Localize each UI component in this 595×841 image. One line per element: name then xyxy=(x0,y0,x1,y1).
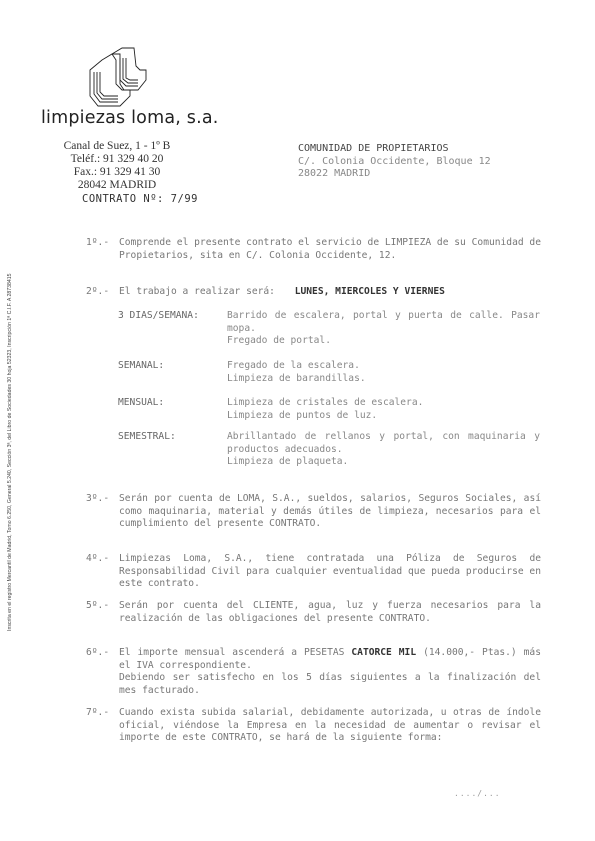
clause-1: 1º.- Comprende el presente contrato el s… xyxy=(86,237,541,262)
schedule-line: Fregado de la escalera. xyxy=(227,360,540,373)
company-address: Canal de Suez, 1 - 1º B Teléf.: 91 329 4… xyxy=(52,140,182,192)
schedule-line: Limpieza de puntos de luz. xyxy=(227,410,540,423)
schedule-label: SEMESTRAL: xyxy=(118,431,176,444)
schedule-label: SEMANAL: xyxy=(118,360,164,373)
contract-number: CONTRATO Nº: 7/99 xyxy=(82,193,198,205)
clause-number: 6º.- xyxy=(86,647,109,660)
clause-text: Limpiezas Loma, S.A., tiene contratada u… xyxy=(119,553,541,591)
schedule-line: Fregado de portal. xyxy=(227,335,540,348)
recipient-name: COMUNIDAD DE PROPIETARIOS xyxy=(298,143,491,156)
company-logo-icon xyxy=(86,44,150,108)
clause-number: 5º.- xyxy=(86,600,109,613)
clause-3: 3º.- Serán por cuenta de LOMA, S.A., sue… xyxy=(86,493,541,531)
schedule-mensual: MENSUAL: Limpieza de cristales de escale… xyxy=(118,397,540,422)
clause-5: 5º.- Serán por cuenta del CLIENTE, agua,… xyxy=(86,600,541,625)
clause-6: 6º.- El importe mensual ascenderá a PESE… xyxy=(86,647,541,697)
schedule-line: Limpieza de barandillas. xyxy=(227,373,540,386)
address-fax: Fax.: 91 329 41 30 xyxy=(52,166,182,179)
clause-text: El trabajo a realizar será: LUNES, MIERC… xyxy=(119,286,541,299)
clause-text: El importe mensual ascenderá a PESETAS C… xyxy=(119,647,541,697)
schedule-line: Barrido de escalera, portal y puerta de … xyxy=(227,310,540,335)
schedule-label: MENSUAL: xyxy=(118,397,164,410)
clause-number: 2º.- xyxy=(86,286,109,299)
clause-number: 4º.- xyxy=(86,553,109,566)
recipient-block: COMUNIDAD DE PROPIETARIOS C/. Colonia Oc… xyxy=(298,143,491,181)
schedule-line: Limpieza de cristales de escalera. xyxy=(227,397,540,410)
clause-number: 3º.- xyxy=(86,493,109,506)
payment-terms: Debiendo ser satisfecho en los 5 días si… xyxy=(119,672,541,697)
schedule-line: Abrillantado de rellanos y portal, con m… xyxy=(227,431,540,456)
clause-text-lead: El trabajo a realizar será: xyxy=(119,286,275,297)
recipient-street: C/. Colonia Occidente, Bloque 12 xyxy=(298,156,491,169)
schedule-line: Limpieza de plaqueta. xyxy=(227,456,540,469)
clause-number: 7º.- xyxy=(86,707,109,720)
address-city: 28042 MADRID xyxy=(52,179,182,192)
registry-note: Inscrita en el registro Mercantil de Mad… xyxy=(7,391,13,631)
schedule-3-dias: 3 DIAS/SEMANA: Barrido de escalera, port… xyxy=(118,310,540,348)
clause-2: 2º.- El trabajo a realizar será: LUNES, … xyxy=(86,286,541,299)
recipient-city: 28022 MADRID xyxy=(298,168,491,181)
clause-text: Serán por cuenta de LOMA, S.A., sueldos,… xyxy=(119,493,541,531)
clause-text: Serán por cuenta del CLIENTE, agua, luz … xyxy=(119,600,541,625)
clause-number: 1º.- xyxy=(86,237,109,250)
work-days: LUNES, MIERCOLES Y VIERNES xyxy=(295,286,445,297)
continuation-mark: ..../... xyxy=(454,789,501,798)
schedule-semestral: SEMESTRAL: Abrillantado de rellanos y po… xyxy=(118,431,540,469)
address-street: Canal de Suez, 1 - 1º B xyxy=(52,140,182,153)
clause-text: Cuando exista subida salarial, debidamen… xyxy=(119,707,541,745)
company-name: limpiezas loma, s.a. xyxy=(41,108,219,128)
clause-7: 7º.- Cuando exista subida salarial, debi… xyxy=(86,707,541,745)
schedule-label: 3 DIAS/SEMANA: xyxy=(118,310,199,323)
clause-4: 4º.- Limpiezas Loma, S.A., tiene contrat… xyxy=(86,553,541,591)
clause-text: Comprende el presente contrato el servic… xyxy=(119,237,541,262)
amount-words: CATORCE MIL xyxy=(351,647,416,658)
schedule-semanal: SEMANAL: Fregado de la escalera. Limpiez… xyxy=(118,360,540,385)
address-phone: Teléf.: 91 329 40 20 xyxy=(52,153,182,166)
amount-lead: El importe mensual ascenderá a PESETAS xyxy=(119,647,344,658)
